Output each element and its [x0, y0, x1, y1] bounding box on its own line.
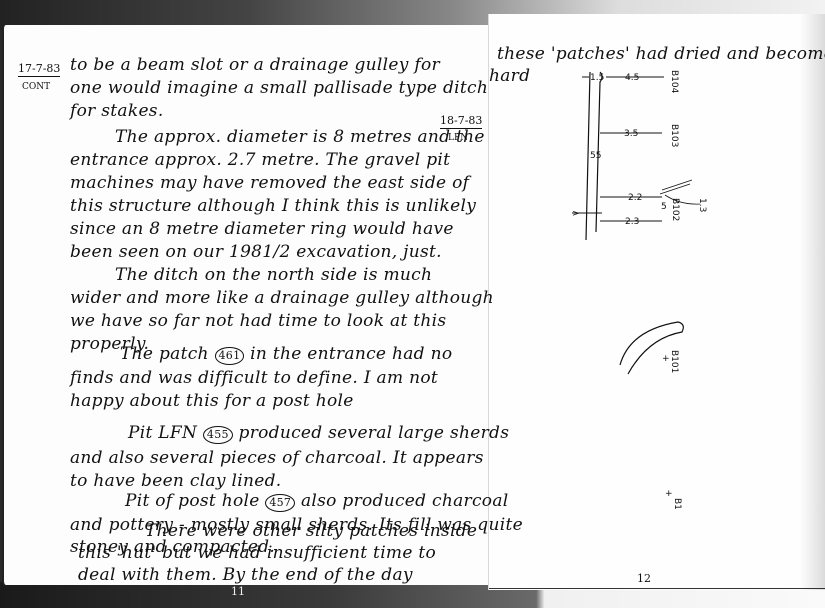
margin-date-left: 17-7-83 [18, 62, 60, 77]
svg-text:+: + [665, 489, 673, 499]
page-number-right: 12 [637, 572, 651, 585]
text-line: since an 8 metre diameter ring would hav… [70, 219, 454, 239]
svg-text:B1: B1 [672, 498, 682, 510]
text-line: for stakes. [70, 101, 164, 121]
margin-date-right: 18-7-83 [440, 114, 482, 129]
margin-tag-right: LFN [448, 133, 468, 143]
svg-text:2.3: 2.3 [625, 217, 639, 227]
text-line: Pit of post hole 457 also produced charc… [125, 491, 509, 512]
text-line: deal with them. By the end of the day [78, 565, 413, 585]
site-sketch-plan: 1.5 4.5 B104 3.5 B103 55 2.2 B102 1.3 5 … [489, 14, 825, 590]
svg-text:4.5: 4.5 [625, 73, 639, 83]
text-line-silty: There were other silty patches inside [145, 521, 477, 541]
text-line: this structure although I think this is … [70, 196, 476, 216]
svg-text:1.5: 1.5 [590, 73, 604, 83]
context-number-457: 457 [265, 494, 295, 512]
svg-text:5: 5 [661, 202, 667, 212]
text-line: happy about this for a post hole [70, 391, 354, 411]
margin-tag-left: CONT [22, 82, 50, 92]
svg-text:3.5: 3.5 [624, 129, 638, 139]
text-line: machines may have removed the east side … [70, 173, 469, 193]
text-line: this 'hut' but we had insufficient time … [78, 543, 436, 563]
page-number-left: 11 [231, 585, 245, 598]
text-line: one would imagine a small pallisade type… [70, 78, 488, 98]
text-line: Pit LFN 455 produced several large sherd… [128, 423, 509, 444]
context-number-461: 461 [215, 347, 245, 365]
text-line: been seen on our 1981/2 excavation, just… [70, 242, 442, 262]
text-line: we have so far not had time to look at t… [70, 311, 446, 331]
text-line: finds and was difficult to define. I am … [70, 368, 438, 388]
text-line: wider and more like a drainage gulley al… [70, 288, 494, 308]
text-line: to be a beam slot or a drainage gulley f… [70, 55, 440, 75]
text-line: to have been clay lined. [70, 471, 281, 491]
text-line: The approx. diameter is 8 metres and the [115, 127, 485, 147]
svg-text:B104: B104 [669, 70, 679, 94]
context-number-455: 455 [203, 426, 233, 444]
svg-text:2.2: 2.2 [628, 193, 642, 203]
svg-text:1.3: 1.3 [697, 198, 707, 212]
svg-text:B103: B103 [669, 124, 679, 147]
svg-text:55: 55 [590, 151, 601, 161]
svg-text:B101: B101 [669, 350, 679, 373]
text-line: The ditch on the north side is much [115, 265, 432, 285]
svg-text:>: > [572, 209, 580, 219]
text-line: entrance approx. 2.7 metre. The gravel p… [70, 150, 450, 170]
text-line: and also several pieces of charcoal. It … [70, 448, 484, 468]
text-line: The patch 461 in the entrance had no [120, 344, 452, 365]
svg-text:+: + [662, 354, 670, 364]
